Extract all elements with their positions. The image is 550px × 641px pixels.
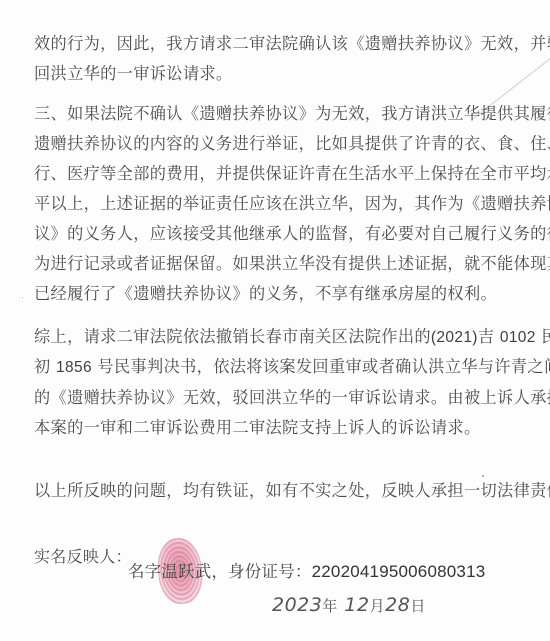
text-line: 议》的义务人，应该接受其他继承人的监督，有必要对自己履行义务的行 bbox=[34, 224, 550, 244]
text-line: 本案的一审和二审诉讼费用二审法院支持上诉人的诉讼请求。 bbox=[34, 418, 481, 438]
paper-speck bbox=[22, 297, 23, 298]
date-month: 12 bbox=[344, 594, 369, 616]
date-year-char: 年 bbox=[322, 597, 338, 615]
date-day-char: 日 bbox=[410, 597, 426, 615]
text-line: 平以上，上述证据的举证责任应该在洪立华，因为，其作为《遗赠扶养协 bbox=[34, 194, 550, 214]
text-line: 行、医疗等全部的费用，并提供保证许青在生活水平上保持在全市平均水 bbox=[34, 164, 550, 184]
id-number: 220204195006080313 bbox=[312, 562, 486, 581]
text-line: 效的行为，因此，我方请求二审法院确认该《遗赠扶养协议》无效，并驳 bbox=[34, 34, 550, 54]
signer-name: 名字温跃武，身份证号： bbox=[128, 562, 312, 581]
text-segment: 初 bbox=[34, 357, 56, 376]
text-line: 回洪立华的一审诉讼请求。 bbox=[34, 64, 232, 84]
case-number: 1856 bbox=[56, 359, 92, 376]
scanned-document-page: 效的行为，因此，我方请求二审法院确认该《遗赠扶养协议》无效，并驳 回洪立华的一审… bbox=[0, 0, 550, 641]
text-line: 以上所反映的问题，均有铁证，如有不实之处，反映人承担一切法律责任。 bbox=[34, 481, 550, 501]
text-segment: 吉 bbox=[478, 327, 500, 346]
text-line: 初 1856 号民事判决书，依法将该案发回重审或者确认洪立华与许青之间 bbox=[34, 357, 550, 378]
text-line: 三、如果法院不确认《遗赠扶养协议》为无效，我方请洪立华提供其履行 bbox=[34, 104, 550, 124]
text-segment: 综上，请求二审法院依法撤销长春市南关区法院作出的 bbox=[34, 327, 431, 346]
text-line: 综上，请求二审法院依法撤销长春市南关区法院作出的(2021)吉 0102 民 bbox=[34, 327, 550, 348]
handwritten-date: 2023年 12月28日 bbox=[272, 594, 426, 616]
case-year: (2021) bbox=[431, 329, 478, 346]
signer-label: 实名反映人： bbox=[34, 544, 132, 567]
signer-identity: 名字温跃武，身份证号：220204195006080313 bbox=[128, 558, 485, 582]
date-day: 28 bbox=[385, 594, 410, 616]
court-code: 0102 bbox=[500, 329, 536, 346]
text-line: 为进行记录或者证据保留。如果洪立华没有提供上述证据，就不能体现其 bbox=[34, 254, 550, 274]
text-segment: 号民事判决书，依法将该案发回重审或者确认洪立华与许青之间 bbox=[92, 357, 550, 376]
paper-speck bbox=[482, 475, 484, 477]
date-month-char: 月 bbox=[370, 597, 386, 615]
text-segment: 民 bbox=[536, 327, 550, 346]
text-line: 遗赠扶养协议的内容的义务进行举证，比如具提供了许青的衣、食、住、 bbox=[34, 134, 550, 154]
date-year: 2023 bbox=[272, 594, 322, 616]
text-line: 的《遗赠扶养协议》无效，驳回洪立华的一审诉讼请求。由被上诉人承担 bbox=[34, 388, 550, 408]
text-line: 已经履行了《遗赠扶养协议》的义务，不享有继承房屋的权利。 bbox=[34, 284, 497, 304]
